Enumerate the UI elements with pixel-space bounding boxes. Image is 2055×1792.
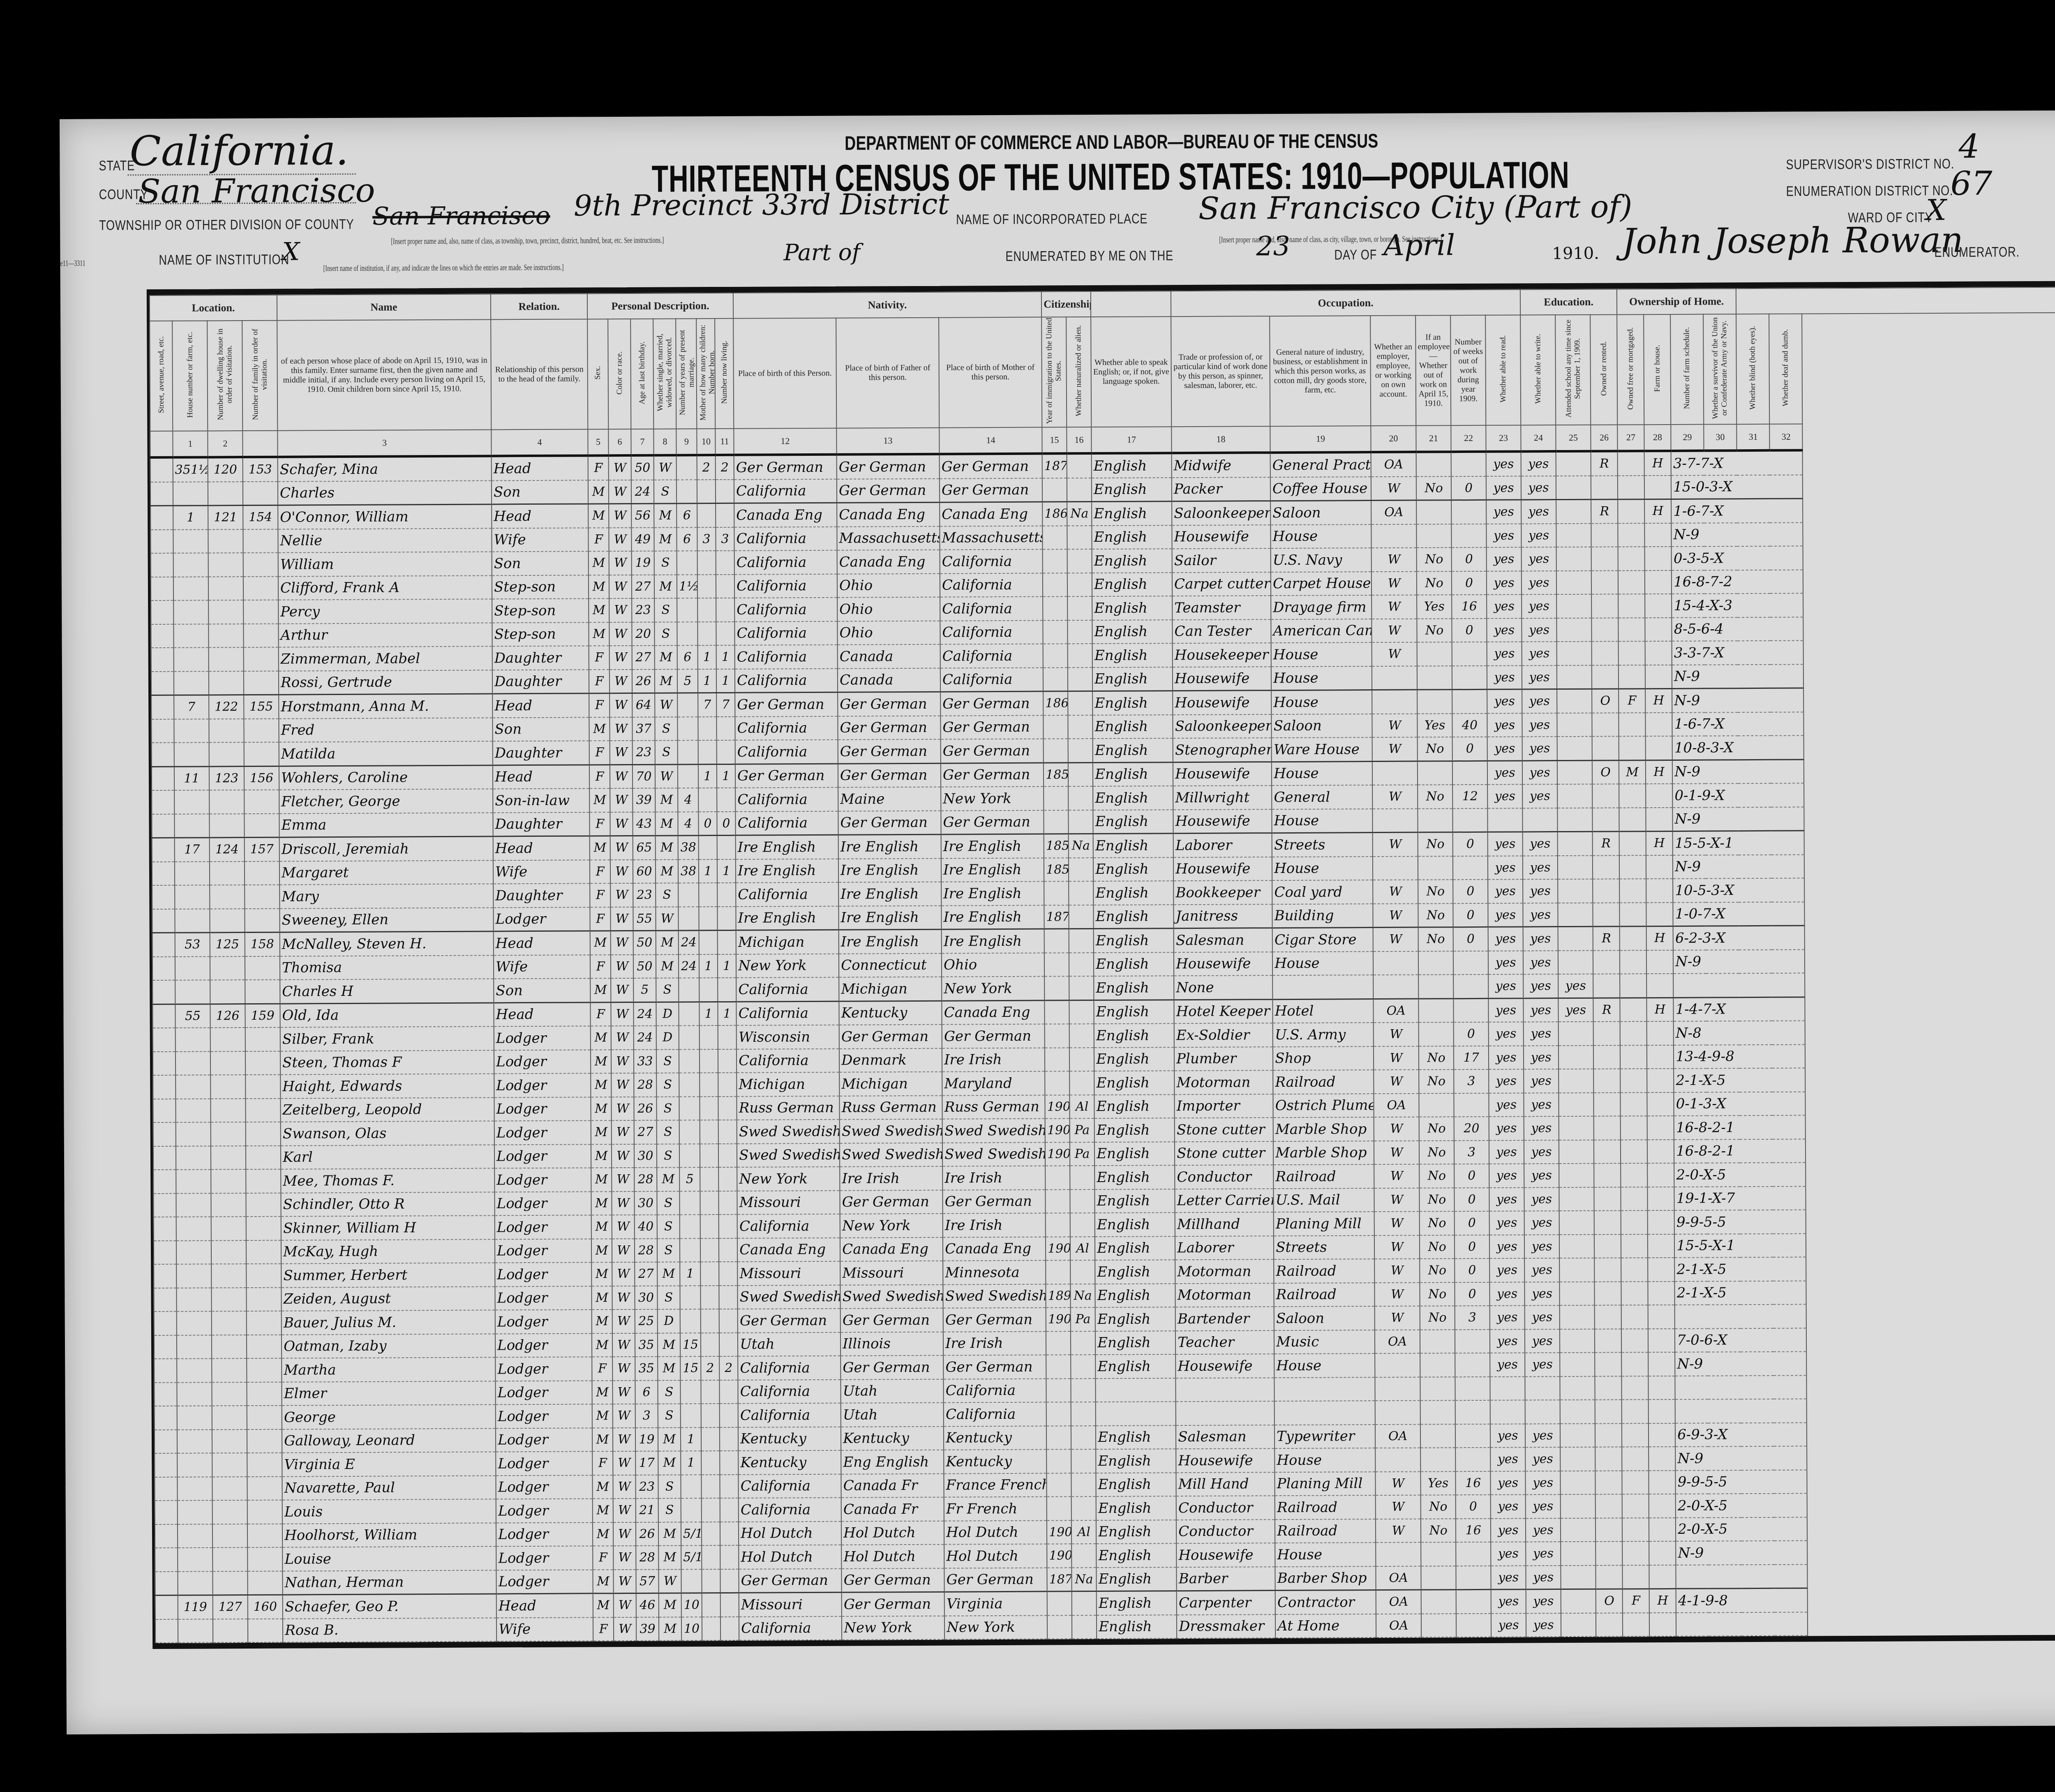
- cell-age: 46: [636, 1593, 659, 1617]
- cell-name: Matilda: [279, 741, 493, 766]
- cell-write: yes: [1526, 1542, 1561, 1566]
- cell-school: [1560, 1282, 1595, 1305]
- cell-school: [1559, 1022, 1593, 1046]
- cell-trade: [1175, 1378, 1274, 1402]
- cell-name: Arthur: [278, 623, 492, 647]
- col-deaf: Whether deaf and dumb.: [1769, 314, 1802, 424]
- cell-codes: 15-5-X-1: [1674, 1233, 1806, 1258]
- cell-codes: 1-6-7-X: [1672, 712, 1804, 736]
- cell-street: [151, 695, 174, 719]
- cell-relation: Lodger: [494, 1168, 591, 1192]
- cell-write: yes: [1523, 832, 1558, 856]
- cell-weeks-out: 0: [1455, 1235, 1489, 1259]
- cell-family: [246, 1217, 281, 1240]
- cell-mother-birth: Ger German: [940, 454, 1042, 479]
- cell-father-birth: Ohio: [837, 621, 940, 645]
- cell-family: [245, 861, 279, 885]
- cell-dwelling: [208, 482, 243, 506]
- cell-school: [1558, 855, 1593, 879]
- cell-immigration: [1044, 976, 1069, 1000]
- cell-born: [701, 1309, 719, 1333]
- cell-naturalized: [1069, 1048, 1094, 1072]
- cell-read: yes: [1488, 856, 1523, 880]
- cell-immigration: 1870: [1047, 1568, 1072, 1591]
- cell-english: English: [1092, 549, 1172, 573]
- cell-family: 160: [248, 1595, 283, 1619]
- cell-immigration: [1043, 667, 1068, 691]
- cell-school: [1560, 1447, 1595, 1471]
- cell-sex: F: [593, 1617, 614, 1641]
- cell-marital: S: [657, 1191, 679, 1215]
- cell-street: [154, 1240, 176, 1264]
- cell-living: [716, 621, 734, 645]
- cell-birth: California: [738, 1379, 840, 1404]
- cell-weeks-out: [1455, 1424, 1490, 1448]
- col-naturalized: Whether naturalized or alien.: [1066, 317, 1091, 427]
- cell-naturalized: [1069, 1024, 1094, 1048]
- cell-birth: Wisconsin: [737, 1025, 839, 1049]
- group-nativity: Nativity.: [733, 292, 1041, 319]
- cell-mother-birth: Minnesota: [943, 1261, 1046, 1285]
- cell-school: [1559, 1116, 1594, 1140]
- cell-owned: [1595, 1376, 1622, 1400]
- cell-farm-house: [1649, 1494, 1676, 1518]
- cell-naturalized: [1068, 786, 1093, 810]
- cell-read: yes: [1487, 547, 1522, 571]
- cell-living: [719, 1380, 738, 1404]
- cell-relation: Lodger: [494, 1026, 591, 1050]
- cell-born: [699, 931, 718, 954]
- col-sex: Sex.: [587, 319, 608, 429]
- state-value: California.: [129, 126, 349, 175]
- cell-birth: California: [734, 479, 837, 503]
- cell-free: [1620, 1069, 1647, 1092]
- cell-birth: California: [735, 811, 838, 835]
- cell-industry: House: [1272, 761, 1372, 785]
- cell-living: [720, 1404, 738, 1427]
- cell-out-of-work: [1416, 452, 1451, 476]
- cell-school: [1556, 476, 1591, 499]
- cell-street: [151, 577, 173, 600]
- cell-house: [175, 885, 210, 909]
- cell-industry: Barber Shop: [1275, 1566, 1376, 1591]
- cell-out-of-work: No: [1420, 1282, 1455, 1306]
- column-number: 16: [1067, 427, 1091, 453]
- cell-family: [244, 647, 279, 671]
- cell-house: [176, 1288, 211, 1312]
- cell-marital: S: [655, 740, 678, 764]
- cell-relation: Son: [492, 717, 589, 741]
- cell-farm-house: [1646, 855, 1673, 879]
- cell-farm-house: [1649, 1565, 1676, 1589]
- cell-free: [1618, 547, 1645, 570]
- cell-relation: Head: [492, 455, 588, 480]
- cell-out-of-work: [1421, 1566, 1456, 1590]
- cell-read: yes: [1491, 1589, 1526, 1613]
- group-location: Location.: [150, 295, 277, 321]
- cell-family: [246, 1145, 281, 1169]
- cell-mother-birth: Ger German: [941, 763, 1044, 787]
- cell-relation: Lodger: [494, 1097, 591, 1121]
- enumeration-value: 67: [1951, 164, 1993, 202]
- cell-street: [152, 861, 175, 885]
- cell-relation: Step-son: [492, 598, 589, 623]
- cell-out-of-work: [1420, 1353, 1455, 1377]
- cell-trade: [1176, 1401, 1275, 1425]
- cell-industry: U.S. Army: [1273, 1023, 1374, 1047]
- cell-mother-birth: Ire English: [941, 882, 1044, 906]
- cell-age: 23: [633, 741, 655, 764]
- cell-street: [154, 1217, 176, 1241]
- cell-write: yes: [1525, 1329, 1560, 1353]
- cell-industry: Planing Mill: [1274, 1212, 1374, 1236]
- column-number: 4: [491, 429, 588, 456]
- cell-dwelling: [209, 814, 244, 838]
- cell-industry: Coal yard: [1272, 880, 1373, 904]
- cell-immigration: [1045, 1166, 1070, 1189]
- cell-race: W: [610, 883, 633, 907]
- cell-sex: F: [590, 955, 611, 979]
- cell-name: Rosa B.: [283, 1618, 496, 1642]
- cell-industry: House: [1272, 951, 1373, 976]
- cell-naturalized: [1068, 715, 1092, 739]
- cell-immigration: [1044, 739, 1068, 762]
- cell-race: W: [612, 1333, 635, 1357]
- cell-family: [245, 956, 280, 980]
- cell-name: Old, Ida: [280, 1002, 494, 1027]
- cell-naturalized: [1071, 1496, 1096, 1520]
- cell-sex: M: [588, 504, 609, 528]
- cell-owned: O: [1596, 1589, 1623, 1613]
- cell-naturalized: Pa: [1071, 1307, 1095, 1331]
- cell-out-of-work: [1420, 1330, 1455, 1353]
- cell-free: [1622, 1471, 1649, 1494]
- cell-birth: California: [736, 882, 838, 907]
- cell-school: [1558, 950, 1593, 974]
- cell-immigration: [1044, 786, 1068, 810]
- cell-house: [175, 1051, 210, 1075]
- cell-name: O'Connor, William: [278, 504, 492, 529]
- cell-mother-birth: New York: [942, 977, 1044, 1001]
- cell-age: 33: [634, 1049, 656, 1073]
- cell-naturalized: Na: [1069, 834, 1093, 858]
- cell-family: 157: [245, 837, 279, 861]
- cell-age: 19: [632, 551, 654, 575]
- cell-living: [719, 1285, 737, 1309]
- cell-weeks-out: [1453, 856, 1488, 880]
- cell-father-birth: Hol Dutch: [841, 1545, 944, 1569]
- cell-age: 26: [634, 1097, 656, 1120]
- column-number: [150, 431, 173, 457]
- cell-years-married: [680, 1309, 701, 1333]
- cell-dwelling: [208, 577, 243, 600]
- cell-free: [1621, 1092, 1647, 1116]
- cell-years-married: [679, 1120, 700, 1144]
- cell-birth: Ire English: [736, 835, 838, 859]
- col-farm-schedule: Number of farm schedule.: [1670, 314, 1704, 425]
- cell-mother-birth: Ire Irish: [942, 1166, 1045, 1190]
- township-note: [Insert proper name and, also, name of c…: [391, 236, 664, 247]
- cell-employer: W: [1374, 1141, 1419, 1164]
- cell-english: English: [1094, 1047, 1174, 1071]
- cell-dwelling: [210, 885, 245, 909]
- cell-trade: Stone cutter: [1175, 1141, 1273, 1166]
- cell-house: [178, 1524, 212, 1548]
- cell-street: [150, 506, 173, 529]
- cell-marital: M: [658, 1451, 681, 1475]
- cell-living: [720, 1569, 739, 1593]
- cell-father-birth: Canada: [838, 644, 940, 669]
- cell-sex: M: [589, 717, 610, 741]
- cell-relation: Lodger: [495, 1381, 592, 1405]
- cell-trade: Stone cutter: [1175, 1118, 1273, 1142]
- cell-farm-house: [1646, 784, 1672, 808]
- cell-dwelling: [212, 1382, 247, 1406]
- cell-street: [153, 1122, 176, 1146]
- cell-free: [1618, 594, 1645, 618]
- cell-weeks-out: 3: [1455, 1306, 1490, 1330]
- cell-codes: [1676, 1612, 1808, 1636]
- cell-employer: W: [1375, 1471, 1420, 1495]
- cell-sex: F: [589, 693, 610, 717]
- cell-born: [700, 1073, 718, 1097]
- cell-out-of-work: [1418, 998, 1453, 1022]
- cell-weeks-out: [1452, 689, 1487, 713]
- cell-race: W: [609, 527, 631, 551]
- cell-free: [1622, 1399, 1649, 1423]
- cell-read: yes: [1489, 1069, 1524, 1093]
- cell-dwelling: [210, 1051, 245, 1075]
- cell-employer: W: [1372, 737, 1418, 761]
- cell-name: Mee, Thomas F.: [281, 1168, 494, 1193]
- cell-farm-house: [1645, 665, 1672, 688]
- cell-living: [716, 551, 734, 575]
- cell-free: [1619, 641, 1645, 665]
- cell-school: [1557, 713, 1592, 737]
- cell-race: W: [613, 1522, 636, 1546]
- cell-marital: S: [656, 1049, 679, 1073]
- cell-owned: [1594, 1116, 1621, 1140]
- cell-house: [176, 1217, 211, 1240]
- cell-weeks-out: 0: [1452, 737, 1487, 761]
- cell-codes: 2-1-X-5: [1674, 1068, 1805, 1092]
- cell-codes: 4-1-9-8: [1676, 1588, 1808, 1612]
- cell-out-of-work: No: [1420, 1259, 1455, 1282]
- cell-weeks-out: 0: [1454, 1187, 1489, 1211]
- cell-street: [152, 909, 175, 933]
- cell-name: Louis: [282, 1499, 496, 1524]
- cell-father-birth: Canada Eng: [837, 502, 940, 527]
- cell-write: yes: [1522, 784, 1557, 808]
- cell-employer: [1373, 856, 1418, 880]
- cell-employer: [1375, 1401, 1420, 1425]
- cell-race: W: [609, 551, 632, 575]
- cell-mother-birth: Ger German: [942, 1189, 1045, 1214]
- cell-employer: W: [1374, 1282, 1420, 1306]
- cell-codes: 1-4-7-X: [1674, 997, 1805, 1021]
- cell-english: English: [1092, 715, 1173, 739]
- cell-house: [173, 529, 208, 553]
- cell-codes: 1-6-7-X: [1671, 499, 1803, 523]
- cell-employer: [1372, 666, 1417, 690]
- cell-naturalized: Al: [1071, 1520, 1096, 1544]
- cell-read: yes: [1487, 571, 1522, 595]
- cell-write: yes: [1526, 1613, 1561, 1637]
- column-number: 6: [608, 429, 631, 455]
- cell-employer: W: [1374, 1188, 1419, 1212]
- cell-family: [247, 1358, 282, 1382]
- cell-birth: Ger German: [739, 1568, 841, 1593]
- cell-english: English: [1094, 1165, 1175, 1189]
- cell-weeks-out: [1456, 1566, 1491, 1589]
- cell-relation: Wife: [492, 528, 588, 552]
- cell-born: [700, 1097, 718, 1120]
- cell-weeks-out: 16: [1455, 1471, 1490, 1495]
- cell-read: yes: [1487, 689, 1522, 713]
- cell-birth: California: [735, 787, 838, 812]
- cell-industry: Ware House: [1272, 737, 1372, 762]
- cell-relation: Daughter: [493, 883, 590, 908]
- col-children-born: Mother of how many children: Number born…: [696, 319, 715, 429]
- cell-weeks-out: 16: [1452, 595, 1487, 619]
- cell-living: 7: [716, 693, 735, 716]
- cell-relation: Head: [496, 1593, 593, 1618]
- cell-race: W: [609, 480, 631, 503]
- cell-family: [244, 718, 279, 742]
- group-occupation: Occupation.: [1171, 289, 1520, 316]
- cell-years-married: [679, 1144, 700, 1168]
- cell-immigration: [1047, 1615, 1072, 1639]
- cell-family: [243, 481, 278, 505]
- cell-mother-birth: Canada Eng: [943, 1237, 1046, 1261]
- cell-read: yes: [1489, 1187, 1524, 1211]
- cell-age: 24: [631, 480, 654, 503]
- cell-birth: Ger German: [738, 1309, 840, 1333]
- cell-naturalized: [1067, 620, 1092, 644]
- cell-marital: M: [657, 1262, 680, 1286]
- cell-out-of-work: No: [1419, 1046, 1454, 1070]
- cell-naturalized: [1069, 976, 1094, 1000]
- cell-school: [1558, 808, 1593, 831]
- enumerated-label: Enumerated by me on the: [1005, 248, 1173, 265]
- cell-street: [152, 790, 174, 814]
- cell-mother-birth: Ire Irish: [942, 1048, 1045, 1072]
- cell-sex: F: [593, 1546, 613, 1570]
- cell-race: W: [611, 1002, 633, 1026]
- col-school: Attended school any time since September…: [1555, 315, 1591, 425]
- cell-birth: California: [737, 1048, 839, 1073]
- cell-mother-birth: Ire Irish: [943, 1213, 1046, 1238]
- cell-school: [1561, 1471, 1596, 1494]
- cell-read: yes: [1488, 879, 1523, 903]
- cell-free: [1623, 1613, 1649, 1637]
- cell-age: 50: [631, 455, 654, 480]
- cell-born: [700, 1025, 718, 1049]
- cell-house: [177, 1311, 212, 1335]
- cell-father-birth: Kentucky: [841, 1426, 944, 1450]
- cell-family: [247, 1429, 282, 1453]
- cell-marital: S: [658, 1498, 681, 1522]
- cell-write: yes: [1522, 547, 1556, 571]
- cell-house: [177, 1453, 212, 1477]
- cell-industry: Music: [1274, 1330, 1375, 1354]
- cell-relation: Lodger: [495, 1309, 592, 1334]
- column-number: 3: [277, 430, 491, 457]
- cell-family: [243, 553, 278, 577]
- cell-naturalized: [1068, 644, 1092, 667]
- cell-write: yes: [1524, 1211, 1559, 1235]
- cell-weeks-out: [1452, 642, 1487, 666]
- cell-read: yes: [1488, 998, 1523, 1022]
- cell-codes: 0-1-3-X: [1674, 1092, 1806, 1116]
- cell-house: [176, 1169, 211, 1193]
- cell-write: yes: [1524, 1187, 1559, 1211]
- cell-trade: Bookkeeper: [1173, 880, 1272, 905]
- cell-trade: Motorman: [1175, 1259, 1274, 1284]
- cell-industry: Railroad: [1274, 1283, 1374, 1307]
- cell-industry: House: [1271, 666, 1372, 690]
- cell-employer: W: [1374, 1023, 1419, 1046]
- cell-years-married: 38: [678, 859, 699, 883]
- cell-farm-house: [1649, 1376, 1675, 1399]
- cell-dwelling: [212, 1335, 247, 1359]
- cell-weeks-out: 0: [1455, 1282, 1489, 1306]
- cell-father-birth: Eng English: [841, 1450, 944, 1474]
- cell-read: yes: [1487, 760, 1522, 784]
- cell-family: [247, 1500, 282, 1524]
- cell-house: 11: [174, 766, 209, 790]
- cell-trade: Importer: [1174, 1094, 1273, 1118]
- cell-marital: M: [654, 575, 677, 598]
- cell-trade: Teacher: [1175, 1330, 1274, 1355]
- cell-father-birth: Swed Swedish: [840, 1284, 943, 1309]
- cell-english: English: [1095, 1354, 1175, 1378]
- cell-naturalized: [1067, 453, 1092, 478]
- cell-sex: M: [591, 1192, 612, 1215]
- cell-name: Hoolhorst, William: [282, 1523, 496, 1547]
- cell-mother-birth: Ire English: [942, 929, 1044, 953]
- cell-free: [1620, 950, 1646, 974]
- cell-employer: OA: [1371, 452, 1416, 477]
- cell-sex: M: [591, 1120, 612, 1144]
- cell-family: [243, 576, 278, 600]
- cell-living: [720, 1474, 738, 1498]
- cell-born: [700, 1262, 719, 1286]
- cell-relation: Lodger: [495, 1357, 592, 1381]
- cell-out-of-work: [1421, 1542, 1456, 1566]
- cell-out-of-work: Yes: [1417, 714, 1452, 737]
- cell-house: [173, 577, 208, 600]
- cell-school: [1557, 737, 1592, 760]
- cell-english: English: [1097, 1615, 1177, 1639]
- column-number: 1: [173, 431, 208, 457]
- cell-living: [718, 1143, 737, 1167]
- cell-born: 1: [699, 954, 718, 978]
- cell-english: English: [1093, 786, 1173, 810]
- cell-trade: Housewife: [1175, 1354, 1274, 1378]
- cell-father-birth: Connecticut: [839, 953, 942, 977]
- cell-immigration: 1863: [1043, 691, 1068, 715]
- cell-race: W: [611, 954, 633, 978]
- cell-born: 3: [697, 527, 716, 551]
- cell-age: 6: [635, 1380, 658, 1404]
- cell-living: [718, 1073, 737, 1097]
- cell-out-of-work: [1416, 500, 1451, 524]
- cell-weeks-out: 0: [1452, 547, 1487, 571]
- cell-english: English: [1092, 691, 1173, 715]
- cell-living: [718, 1191, 737, 1215]
- cell-street: [155, 1571, 178, 1595]
